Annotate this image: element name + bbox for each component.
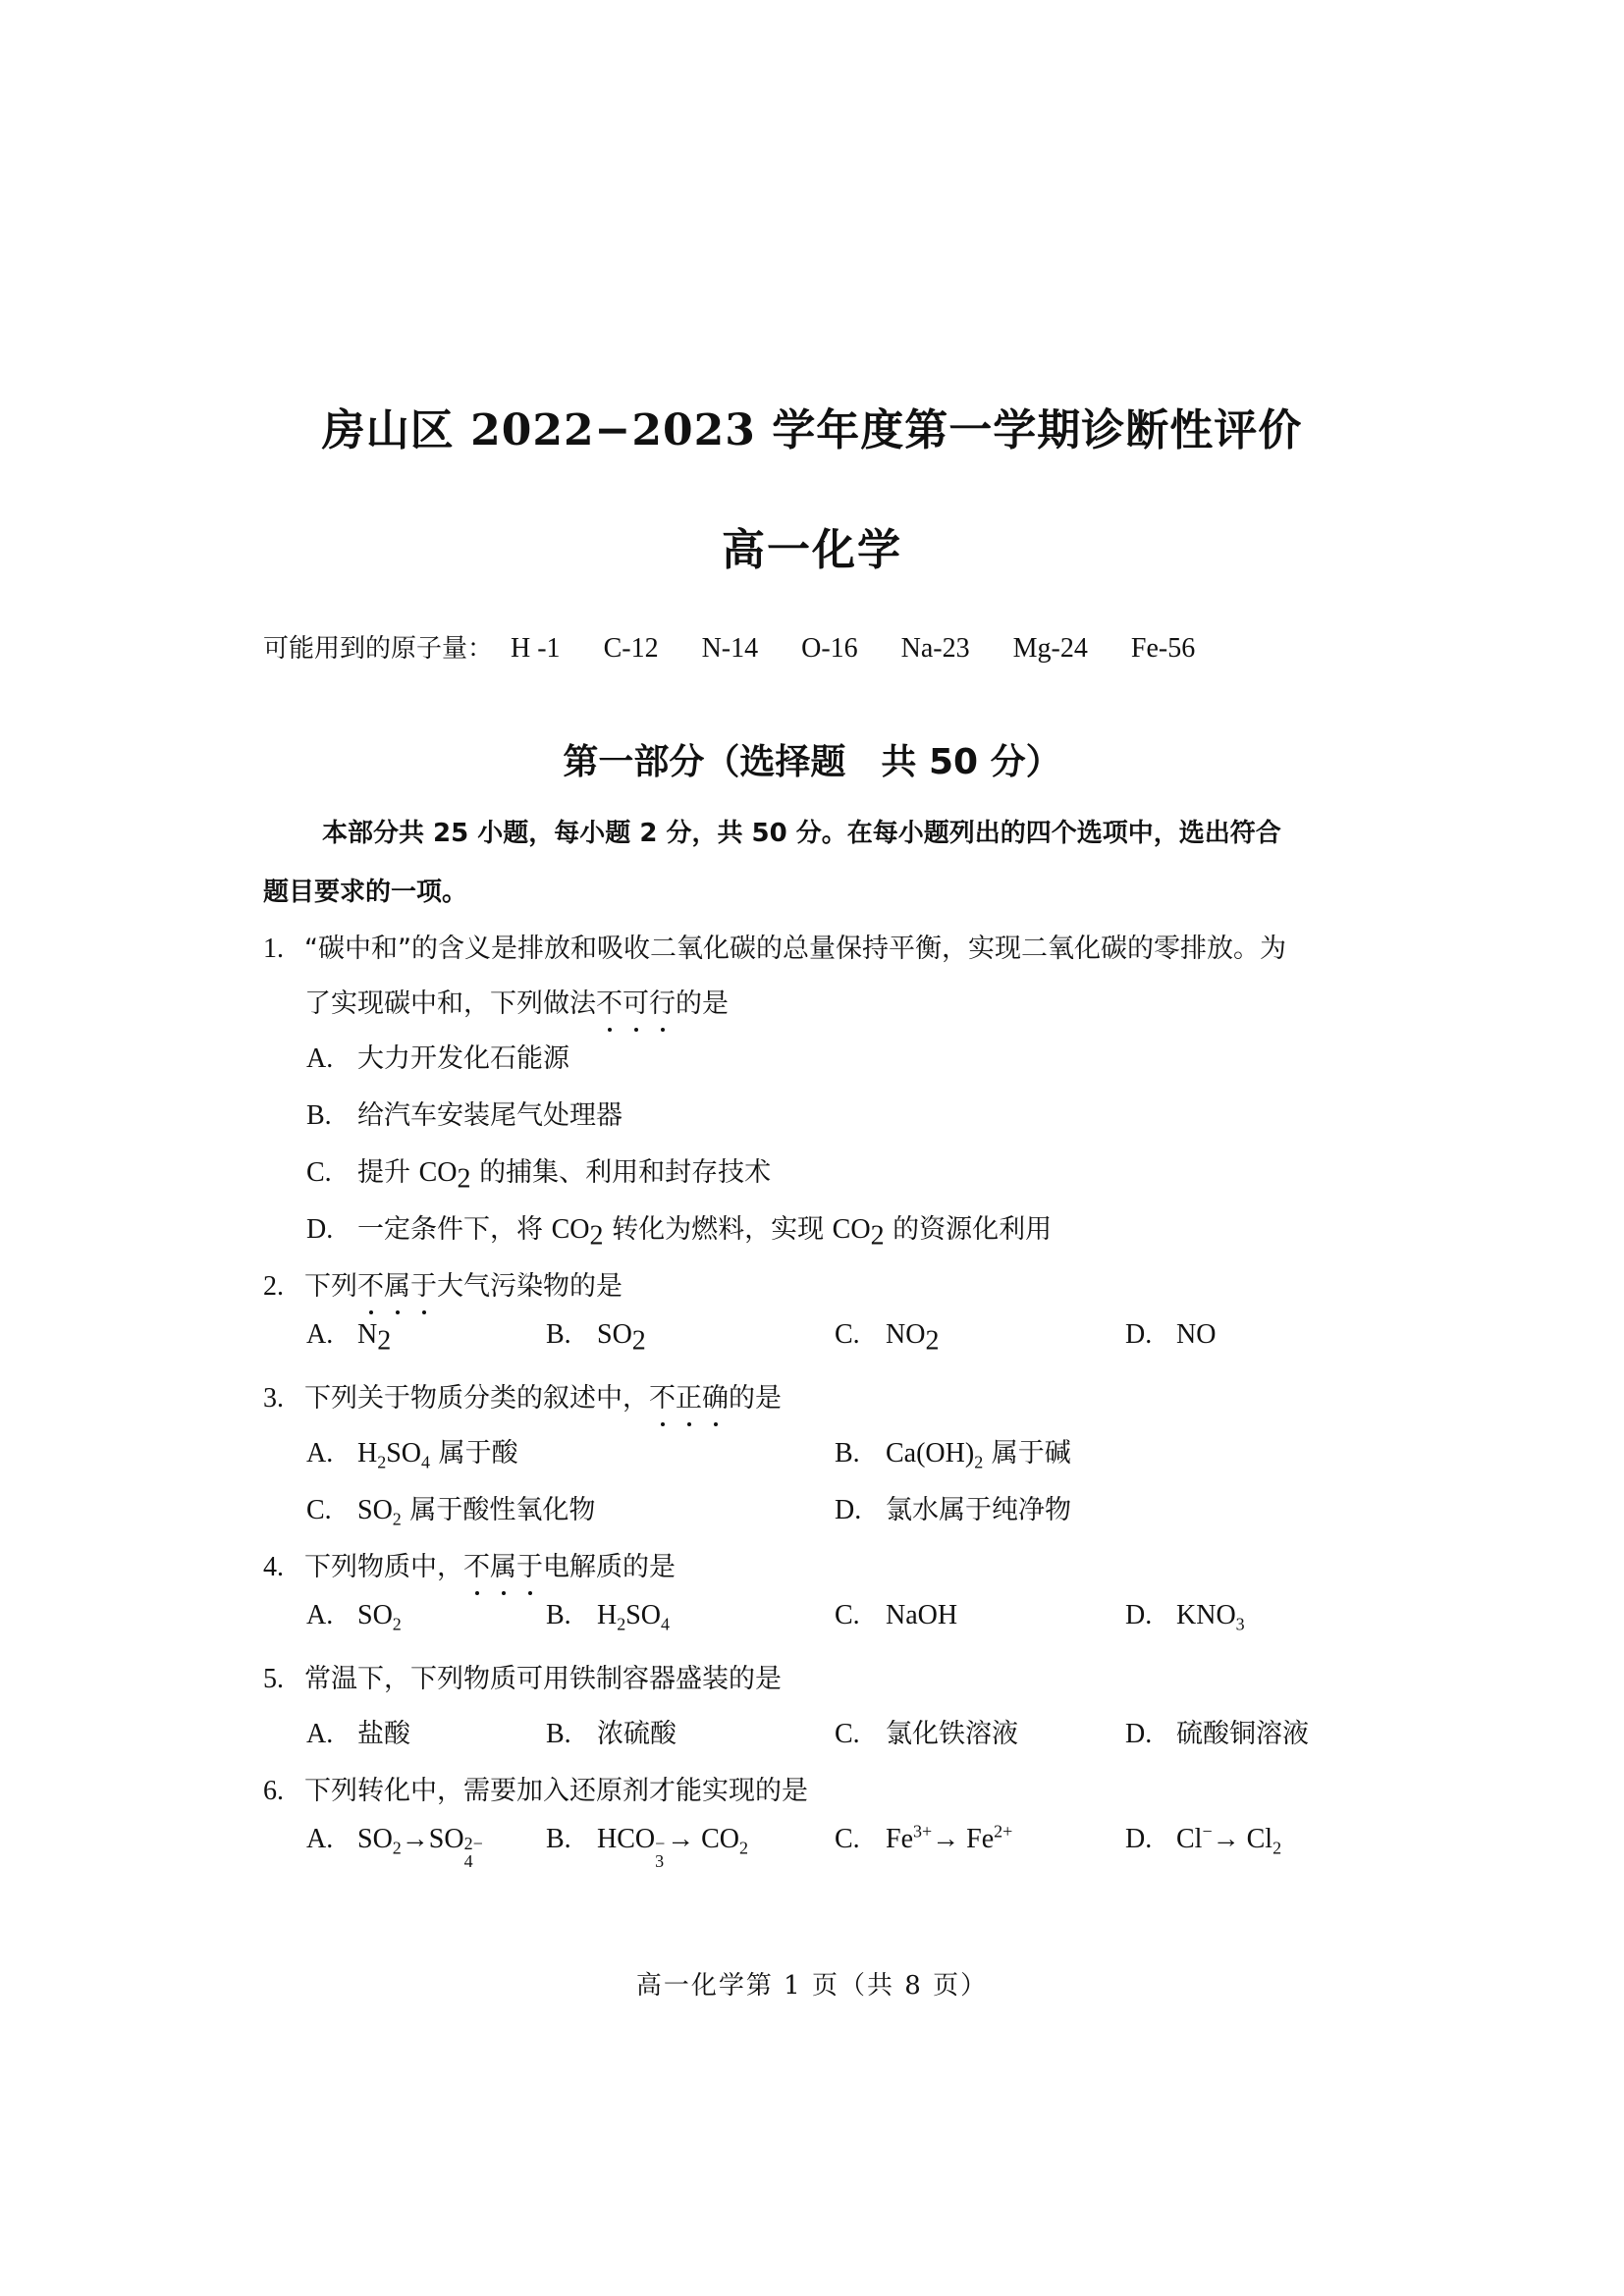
- option-text: 盐酸: [357, 1719, 410, 1749]
- chem-subscript: 2: [590, 1220, 604, 1251]
- chem-formula: SO2: [357, 1600, 402, 1630]
- question-4-option-c: C.NaOH: [835, 1600, 957, 1631]
- question-text: 大气污染物的是: [437, 1271, 623, 1302]
- emphasis-char: 不: [596, 982, 623, 1020]
- question-4-stem: 4.下列物质中，不属于电解质的是: [263, 1545, 676, 1583]
- question-text: 的是: [676, 988, 729, 1019]
- exam-subject: 高一化学: [0, 514, 1624, 577]
- chem-formula: N: [357, 1319, 377, 1350]
- option-letter: C.: [835, 1719, 886, 1750]
- question-2-option-a: A.N2: [306, 1319, 391, 1351]
- option-text: 属于碱: [983, 1438, 1071, 1468]
- question-2-option-c: C.NO2: [835, 1319, 939, 1351]
- question-1-option-a: A.大力开发化石能源: [306, 1037, 569, 1075]
- atomic-masses: 可能用到的原子量：H -1C-12N-14O-16Na-23Mg-24Fe-56: [263, 628, 1195, 665]
- question-5-option-b: B.浓硫酸: [546, 1712, 677, 1750]
- option-letter: A.: [306, 1438, 357, 1469]
- question-number: 6.: [263, 1776, 304, 1807]
- question-text: “碳中和”的含义是排放和吸收二氧化碳的总量保持平衡，实现二氧化碳的零排放。为: [304, 934, 1286, 964]
- question-1-option-b: B.给汽车安装尾气处理器: [306, 1094, 623, 1132]
- question-text: 了实现碳中和，下列做法: [304, 988, 596, 1019]
- question-3-stem: 3.下列关于物质分类的叙述中，不正确的是: [263, 1376, 782, 1415]
- question-4-option-d: D.KNO3: [1125, 1600, 1245, 1631]
- question-3-option-b: B.Ca(OH)2 属于碱: [835, 1431, 1071, 1469]
- option-letter: D.: [835, 1495, 886, 1526]
- question-5-option-a: A.盐酸: [306, 1712, 410, 1750]
- emphasis-char: 正: [676, 1376, 702, 1415]
- question-text: 下列关于物质分类的叙述中，: [304, 1383, 649, 1414]
- atomic-mass-mg: Mg-24: [1013, 633, 1088, 665]
- option-letter: C.: [835, 1600, 886, 1631]
- option-text: 的资源化利用: [885, 1214, 1053, 1245]
- part-title: 第一部分（选择题 共 50 分）: [0, 734, 1624, 784]
- option-letter: C.: [306, 1157, 357, 1189]
- question-1-stem-line2: 了实现碳中和，下列做法不可行的是: [304, 982, 729, 1020]
- chem-formula: SO2: [357, 1495, 402, 1525]
- option-text: 硫酸铜溶液: [1176, 1719, 1309, 1749]
- option-letter: C.: [306, 1495, 357, 1526]
- question-6-option-a: A.SO2→SO2−4: [306, 1824, 486, 1855]
- option-text: 氯化铁溶液: [886, 1719, 1018, 1749]
- chem-formula: Ca(OH)2: [886, 1438, 983, 1468]
- option-letter: A.: [306, 1600, 357, 1631]
- option-letter: B.: [546, 1824, 597, 1855]
- question-2-option-d: D.NO: [1125, 1319, 1216, 1351]
- option-letter: D.: [1125, 1600, 1176, 1631]
- emphasis-char: 属: [384, 1264, 410, 1303]
- option-text: 提升: [357, 1157, 419, 1188]
- atomic-masses-label: 可能用到的原子量：: [263, 634, 493, 664]
- question-number: 1.: [263, 934, 304, 965]
- question-3-option-a: A.H2SO4 属于酸: [306, 1431, 518, 1469]
- option-letter: D.: [1125, 1719, 1176, 1750]
- option-letter: A.: [306, 1719, 357, 1750]
- option-letter: A.: [306, 1319, 357, 1351]
- part-instructions-line1: 本部分共 25 小题，每小题 2 分，共 50 分。在每小题列出的四个选项中，选…: [322, 813, 1281, 849]
- question-2-stem: 2.下列不属于大气污染物的是: [263, 1264, 623, 1303]
- atomic-mass-fe: Fe-56: [1131, 633, 1195, 665]
- option-text: 属于酸: [430, 1438, 518, 1468]
- chem-formula: SO: [597, 1319, 632, 1350]
- question-2-option-b: B.SO2: [546, 1319, 646, 1351]
- option-text: 转化为燃料，实现: [604, 1214, 833, 1245]
- question-5-option-c: C.氯化铁溶液: [835, 1712, 1018, 1750]
- chem-subscript: 2: [925, 1325, 939, 1356]
- question-text: 下列转化中，需要加入还原剂才能实现的是: [304, 1776, 808, 1806]
- emphasis-char: 不: [357, 1264, 384, 1303]
- option-letter: B.: [306, 1100, 357, 1132]
- atomic-mass-h: H -1: [511, 633, 561, 665]
- question-number: 5.: [263, 1664, 304, 1695]
- option-letter: B.: [546, 1319, 597, 1351]
- atomic-mass-c: C-12: [604, 633, 659, 665]
- option-letter: C.: [835, 1319, 886, 1351]
- chem-subscript: 2: [871, 1220, 885, 1251]
- chem-formula: CO: [552, 1214, 590, 1245]
- chem-formula: NO: [886, 1319, 925, 1350]
- question-6-option-d: D.Cl−→ Cl2: [1125, 1824, 1281, 1855]
- option-text: 一定条件下，将: [357, 1214, 552, 1245]
- question-text: 下列: [304, 1271, 357, 1302]
- emphasis-char: 确: [702, 1376, 729, 1415]
- chem-formula: H2SO4: [597, 1600, 670, 1630]
- chem-formula: Fe3+→ Fe2+: [886, 1824, 1012, 1854]
- emphasis-char: 属: [490, 1545, 516, 1583]
- question-6-option-c: C.Fe3+→ Fe2+: [835, 1824, 1012, 1855]
- chem-formula: NaOH: [886, 1600, 957, 1630]
- question-number: 2.: [263, 1271, 304, 1303]
- option-text: 的捕集、利用和封存技术: [471, 1157, 772, 1188]
- question-6-option-b: B.HCO−3→ CO2: [546, 1824, 748, 1855]
- option-letter: A.: [306, 1824, 357, 1855]
- question-3-option-c: C.SO2 属于酸性氧化物: [306, 1488, 595, 1526]
- chem-subscript: 2: [377, 1325, 391, 1356]
- question-text: 下列物质中，: [304, 1552, 463, 1582]
- option-text: 氯水属于纯净物: [886, 1495, 1071, 1525]
- exam-title: 房山区 2022−2023 学年度第一学期诊断性评价: [0, 395, 1624, 457]
- question-4-option-a: A.SO2: [306, 1600, 402, 1631]
- chem-formula: SO2→SO2−4: [357, 1824, 486, 1854]
- question-1-option-d: D.一定条件下，将 CO2 转化为燃料，实现 CO2 的资源化利用: [306, 1207, 1052, 1246]
- option-letter: C.: [835, 1824, 886, 1855]
- chem-formula: KNO3: [1176, 1600, 1245, 1630]
- option-letter: B.: [835, 1438, 886, 1469]
- option-letter: D.: [306, 1214, 357, 1246]
- chem-formula: HCO−3→ CO2: [597, 1824, 748, 1854]
- question-5-option-d: D.硫酸铜溶液: [1125, 1712, 1309, 1750]
- question-1-stem-line1: 1.“碳中和”的含义是排放和吸收二氧化碳的总量保持平衡，实现二氧化碳的零排放。为: [263, 927, 1286, 965]
- emphasis-char: 于: [516, 1545, 543, 1583]
- chem-formula: CO: [419, 1157, 458, 1188]
- question-text: 常温下，下列物质可用铁制容器盛装的是: [304, 1664, 782, 1694]
- chem-formula: CO: [833, 1214, 871, 1245]
- option-text: 大力开发化石能源: [357, 1043, 569, 1074]
- chem-formula: NO: [1176, 1319, 1216, 1350]
- emphasis-char: 行: [649, 982, 676, 1020]
- option-letter: B.: [546, 1719, 597, 1750]
- emphasis-char: 于: [410, 1264, 437, 1303]
- question-6-stem: 6.下列转化中，需要加入还原剂才能实现的是: [263, 1769, 808, 1807]
- option-letter: D.: [1125, 1824, 1176, 1855]
- atomic-mass-n: N-14: [702, 633, 759, 665]
- question-1-option-c: C.提升 CO2 的捕集、利用和封存技术: [306, 1150, 771, 1189]
- question-number: 3.: [263, 1383, 304, 1415]
- chem-formula: H2SO4: [357, 1438, 430, 1468]
- question-3-option-d: D.氯水属于纯净物: [835, 1488, 1071, 1526]
- option-letter: A.: [306, 1043, 357, 1075]
- emphasis-char: 不: [463, 1545, 490, 1583]
- chem-formula: Cl−→ Cl2: [1176, 1824, 1281, 1854]
- part-instructions-line2: 题目要求的一项。: [263, 872, 467, 908]
- option-text: 给汽车安装尾气处理器: [357, 1100, 623, 1131]
- question-5-stem: 5.常温下，下列物质可用铁制容器盛装的是: [263, 1657, 782, 1695]
- atomic-mass-o: O-16: [801, 633, 858, 665]
- emphasis-char: 不: [649, 1376, 676, 1415]
- option-text: 浓硫酸: [597, 1719, 677, 1749]
- question-4-option-b: B.H2SO4: [546, 1600, 670, 1631]
- question-text: 电解质的是: [543, 1552, 676, 1582]
- chem-subscript: 2: [632, 1325, 646, 1356]
- page-footer: 高一化学第 1 页（共 8 页）: [0, 1965, 1624, 2002]
- question-number: 4.: [263, 1552, 304, 1583]
- option-letter: B.: [546, 1600, 597, 1631]
- atomic-mass-na: Na-23: [901, 633, 970, 665]
- option-text: 属于酸性氧化物: [402, 1495, 596, 1525]
- option-letter: D.: [1125, 1319, 1176, 1351]
- question-text: 的是: [729, 1383, 782, 1414]
- chem-subscript: 2: [458, 1163, 471, 1194]
- emphasis-char: 可: [623, 982, 649, 1020]
